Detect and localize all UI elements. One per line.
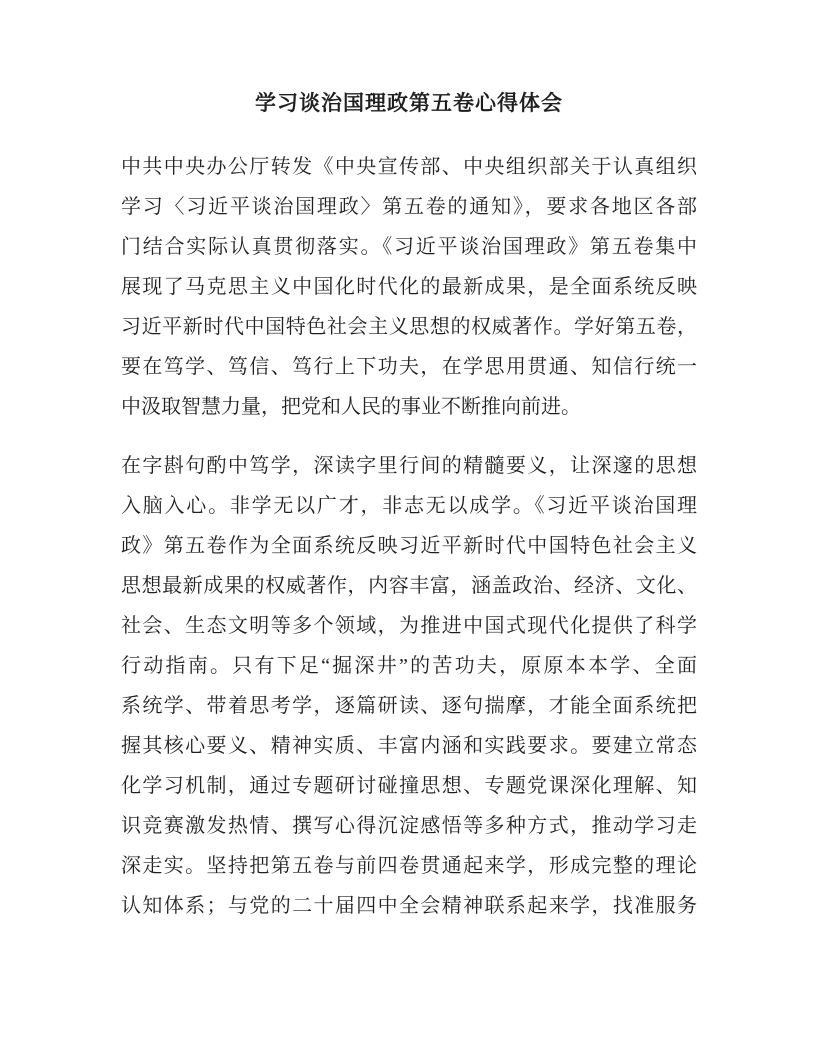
text-line: 社会、生态文明等多个领域，为推进中国式现代化提供了科学 <box>121 606 697 646</box>
text-line: 在字斟句酌中笃学，深读字里行间的精髓要义，让深邃的思想 <box>121 446 697 486</box>
text-line: 学习〈习近平谈治国理政〉第五卷的通知》，要求各地区各部 <box>121 187 697 227</box>
text-line: 中共中央办公厅转发《中央宣传部、中央组织部关于认真组织 <box>121 147 697 187</box>
text-line: 握其核心要义、精神实质、丰富内涵和实践要求。要建立常态 <box>121 726 697 766</box>
text-line: 中汲取智慧力量，把党和人民的事业不断推向前进。 <box>121 387 697 427</box>
document-body: 中共中央办公厅转发《中央宣传部、中央组织部关于认真组织学习〈习近平谈治国理政〉第… <box>121 147 697 926</box>
text-line: 化学习机制，通过专题研讨碰撞思想、专题党课深化理解、知 <box>121 766 697 806</box>
document-page: 学习谈治国理政第五卷心得体会 中共中央办公厅转发《中央宣传部、中央组织部关于认真… <box>0 0 816 1056</box>
text-line: 入脑入心。非学无以广才，非志无以成学。《习近平谈治国理 <box>121 486 697 526</box>
text-line: 认知体系；与党的二十届四中全会精神联系起来学，找准服务 <box>121 886 697 926</box>
document-title: 学习谈治国理政第五卷心得体会 <box>121 88 697 118</box>
text-line: 识竞赛激发热情、撰写心得沉淀感悟等多种方式，推动学习走 <box>121 806 697 846</box>
text-line: 思想最新成果的权威著作，内容丰富，涵盖政治、经济、文化、 <box>121 566 697 606</box>
text-line: 政》第五卷作为全面系统反映习近平新时代中国特色社会主义 <box>121 526 697 566</box>
text-line: 展现了马克思主义中国化时代化的最新成果，是全面系统反映 <box>121 267 697 307</box>
text-line: 行动指南。只有下足“掘深井”的苦功夫，原原本本学、全面 <box>121 646 697 686</box>
text-line: 系统学、带着思考学，逐篇研读、逐句揣摩，才能全面系统把 <box>121 686 697 726</box>
text-line: 深走实。坚持把第五卷与前四卷贯通起来学，形成完整的理论 <box>121 846 697 886</box>
paragraph: 中共中央办公厅转发《中央宣传部、中央组织部关于认真组织学习〈习近平谈治国理政〉第… <box>121 147 697 427</box>
paragraph: 在字斟句酌中笃学，深读字里行间的精髓要义，让深邃的思想入脑入心。非学无以广才，非… <box>121 446 697 926</box>
text-line: 要在笃学、笃信、笃行上下功夫，在学思用贯通、知信行统一 <box>121 347 697 387</box>
text-line: 习近平新时代中国特色社会主义思想的权威著作。学好第五卷， <box>121 307 697 347</box>
text-line: 门结合实际认真贯彻落实。《习近平谈治国理政》第五卷集中 <box>121 227 697 267</box>
